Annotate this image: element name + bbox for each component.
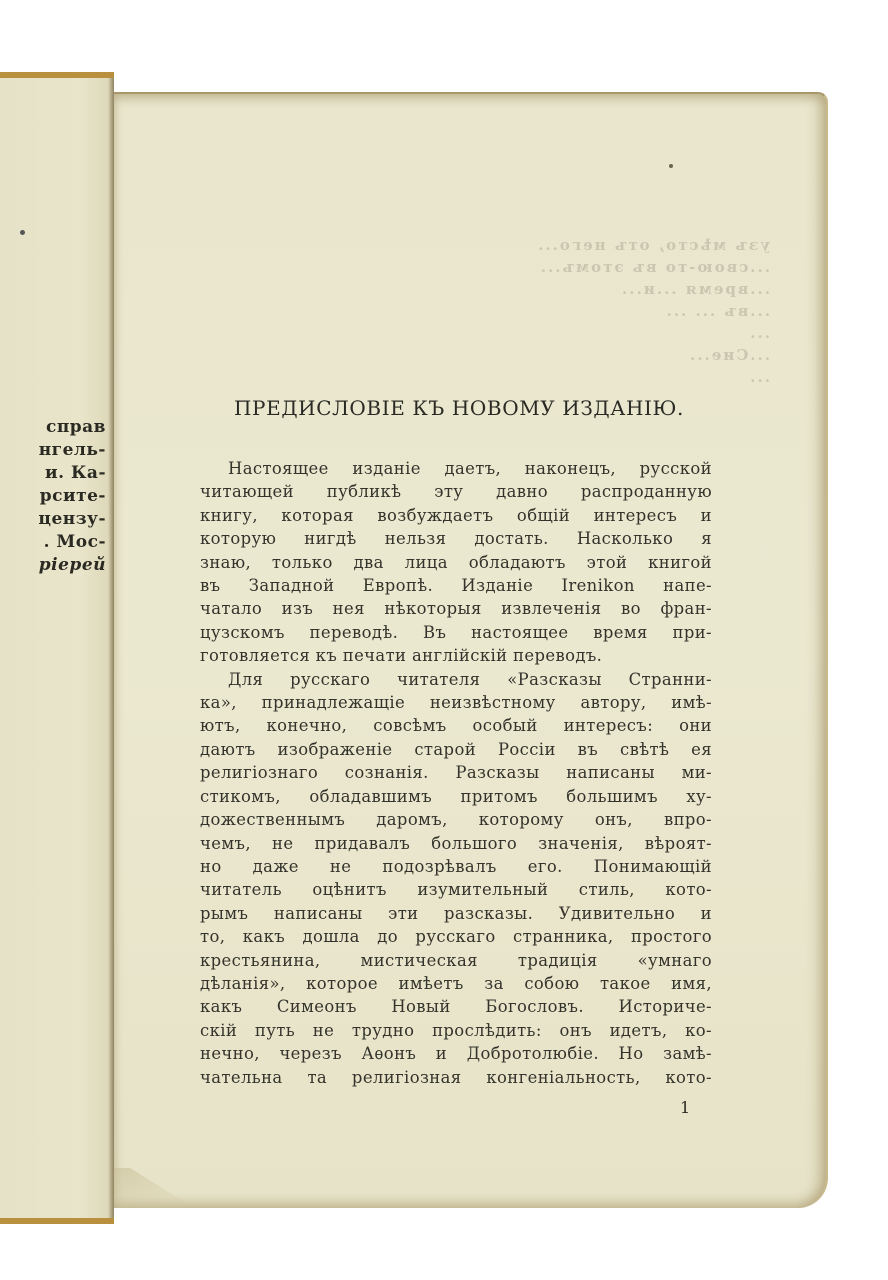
left-page: справ нгель- и. Ка- рсите- цензу- . Мос-… — [0, 72, 114, 1224]
left-line: и. Ка- — [38, 462, 106, 485]
left-line: рсите- — [38, 485, 106, 508]
ink-speck — [669, 164, 673, 168]
bleed-line: ...свою-то въ этомъ... — [210, 256, 770, 278]
bleed-line: узъ мѣсто, отъ него... — [210, 234, 770, 256]
left-line: ріерей — [38, 554, 106, 577]
left-line: нгель- — [38, 439, 106, 462]
text-line: чемъ, не придавалъ большого значенія, вѣ… — [200, 832, 712, 855]
preface-body: Настоящее изданіе даетъ, наконецъ, русск… — [200, 457, 712, 1089]
bleed-line: ... — [210, 322, 770, 344]
left-line: справ — [38, 416, 106, 439]
page-number: 1 — [680, 1098, 690, 1117]
text-line: то, какъ дошла до русскаго странника, пр… — [200, 925, 712, 948]
left-line: цензу- — [38, 508, 106, 531]
bleed-through-text: узъ мѣсто, отъ него... ...свою-то въ это… — [210, 234, 770, 388]
text-line: знаю, только два лица обладаютъ этой кни… — [200, 551, 712, 574]
bleed-line: ...время ...и... — [210, 278, 770, 300]
bleed-line: ...Сие... — [210, 344, 770, 366]
text-line: готовляется къ печати англійскій перевод… — [200, 644, 712, 667]
left-line: . Мос- — [38, 531, 106, 554]
bleed-line: ... — [210, 366, 770, 388]
text-line: Для русскаго читателя «Разсказы Странни- — [200, 668, 712, 691]
text-line: дожественнымъ даромъ, которому онъ, впро… — [200, 808, 712, 831]
right-page: узъ мѣсто, отъ него... ...свою-то въ это… — [114, 92, 828, 1208]
bleed-line: ...въ ... ... — [210, 300, 770, 322]
text-line: чатало изъ нея нѣкоторыя извлеченія во ф… — [200, 597, 712, 620]
text-line: стикомъ, обладавшимъ притомъ большимъ ху… — [200, 785, 712, 808]
text-line: чательна та религіозная конгеніальность,… — [200, 1066, 712, 1089]
text-line: даютъ изображеніе старой Россіи въ свѣтѣ… — [200, 738, 712, 761]
text-line: въ Западной Европѣ. Изданіе Irenikon нап… — [200, 574, 712, 597]
text-line: Настоящее изданіе даетъ, наконецъ, русск… — [200, 457, 712, 480]
text-line: крестьянина, мистическая традиція «умнаг… — [200, 949, 712, 972]
text-line: религіознаго сознанія. Разсказы написаны… — [200, 761, 712, 784]
text-line: рымъ написаны эти разсказы. Удивительно … — [200, 902, 712, 925]
text-line: скій путь не трудно прослѣдить: онъ идет… — [200, 1019, 712, 1042]
text-line: книгу, которая возбуждаетъ общій интерес… — [200, 504, 712, 527]
text-line: читатель оцѣнитъ изумительный стиль, кот… — [200, 878, 712, 901]
ink-speck — [20, 230, 25, 235]
text-line: которую нигдѣ нельзя достать. Насколько … — [200, 527, 712, 550]
folded-corner — [114, 1168, 194, 1208]
text-line: цузскомъ переводѣ. Въ настоящее время пр… — [200, 621, 712, 644]
page-heading: ПРЕДИСЛОВІЕ КЪ НОВОМУ ИЗДАНІЮ. — [204, 396, 714, 420]
text-line: ка», принадлежащіе неизвѣстному автору, … — [200, 691, 712, 714]
text-line: дѣланія», которое имѣетъ за собою такое … — [200, 972, 712, 995]
text-line: читающей публикѣ эту давно распроданную — [200, 480, 712, 503]
text-line: ютъ, конечно, совсѣмъ особый интересъ: о… — [200, 714, 712, 737]
left-page-text: справ нгель- и. Ка- рсите- цензу- . Мос-… — [38, 416, 106, 577]
text-line: какъ Симеонъ Новый Богословъ. Историче- — [200, 995, 712, 1018]
text-line: нечно, черезъ Аѳонъ и Добротолюбіе. Но з… — [200, 1042, 712, 1065]
text-line: но даже не подозрѣвалъ его. Понимающій — [200, 855, 712, 878]
